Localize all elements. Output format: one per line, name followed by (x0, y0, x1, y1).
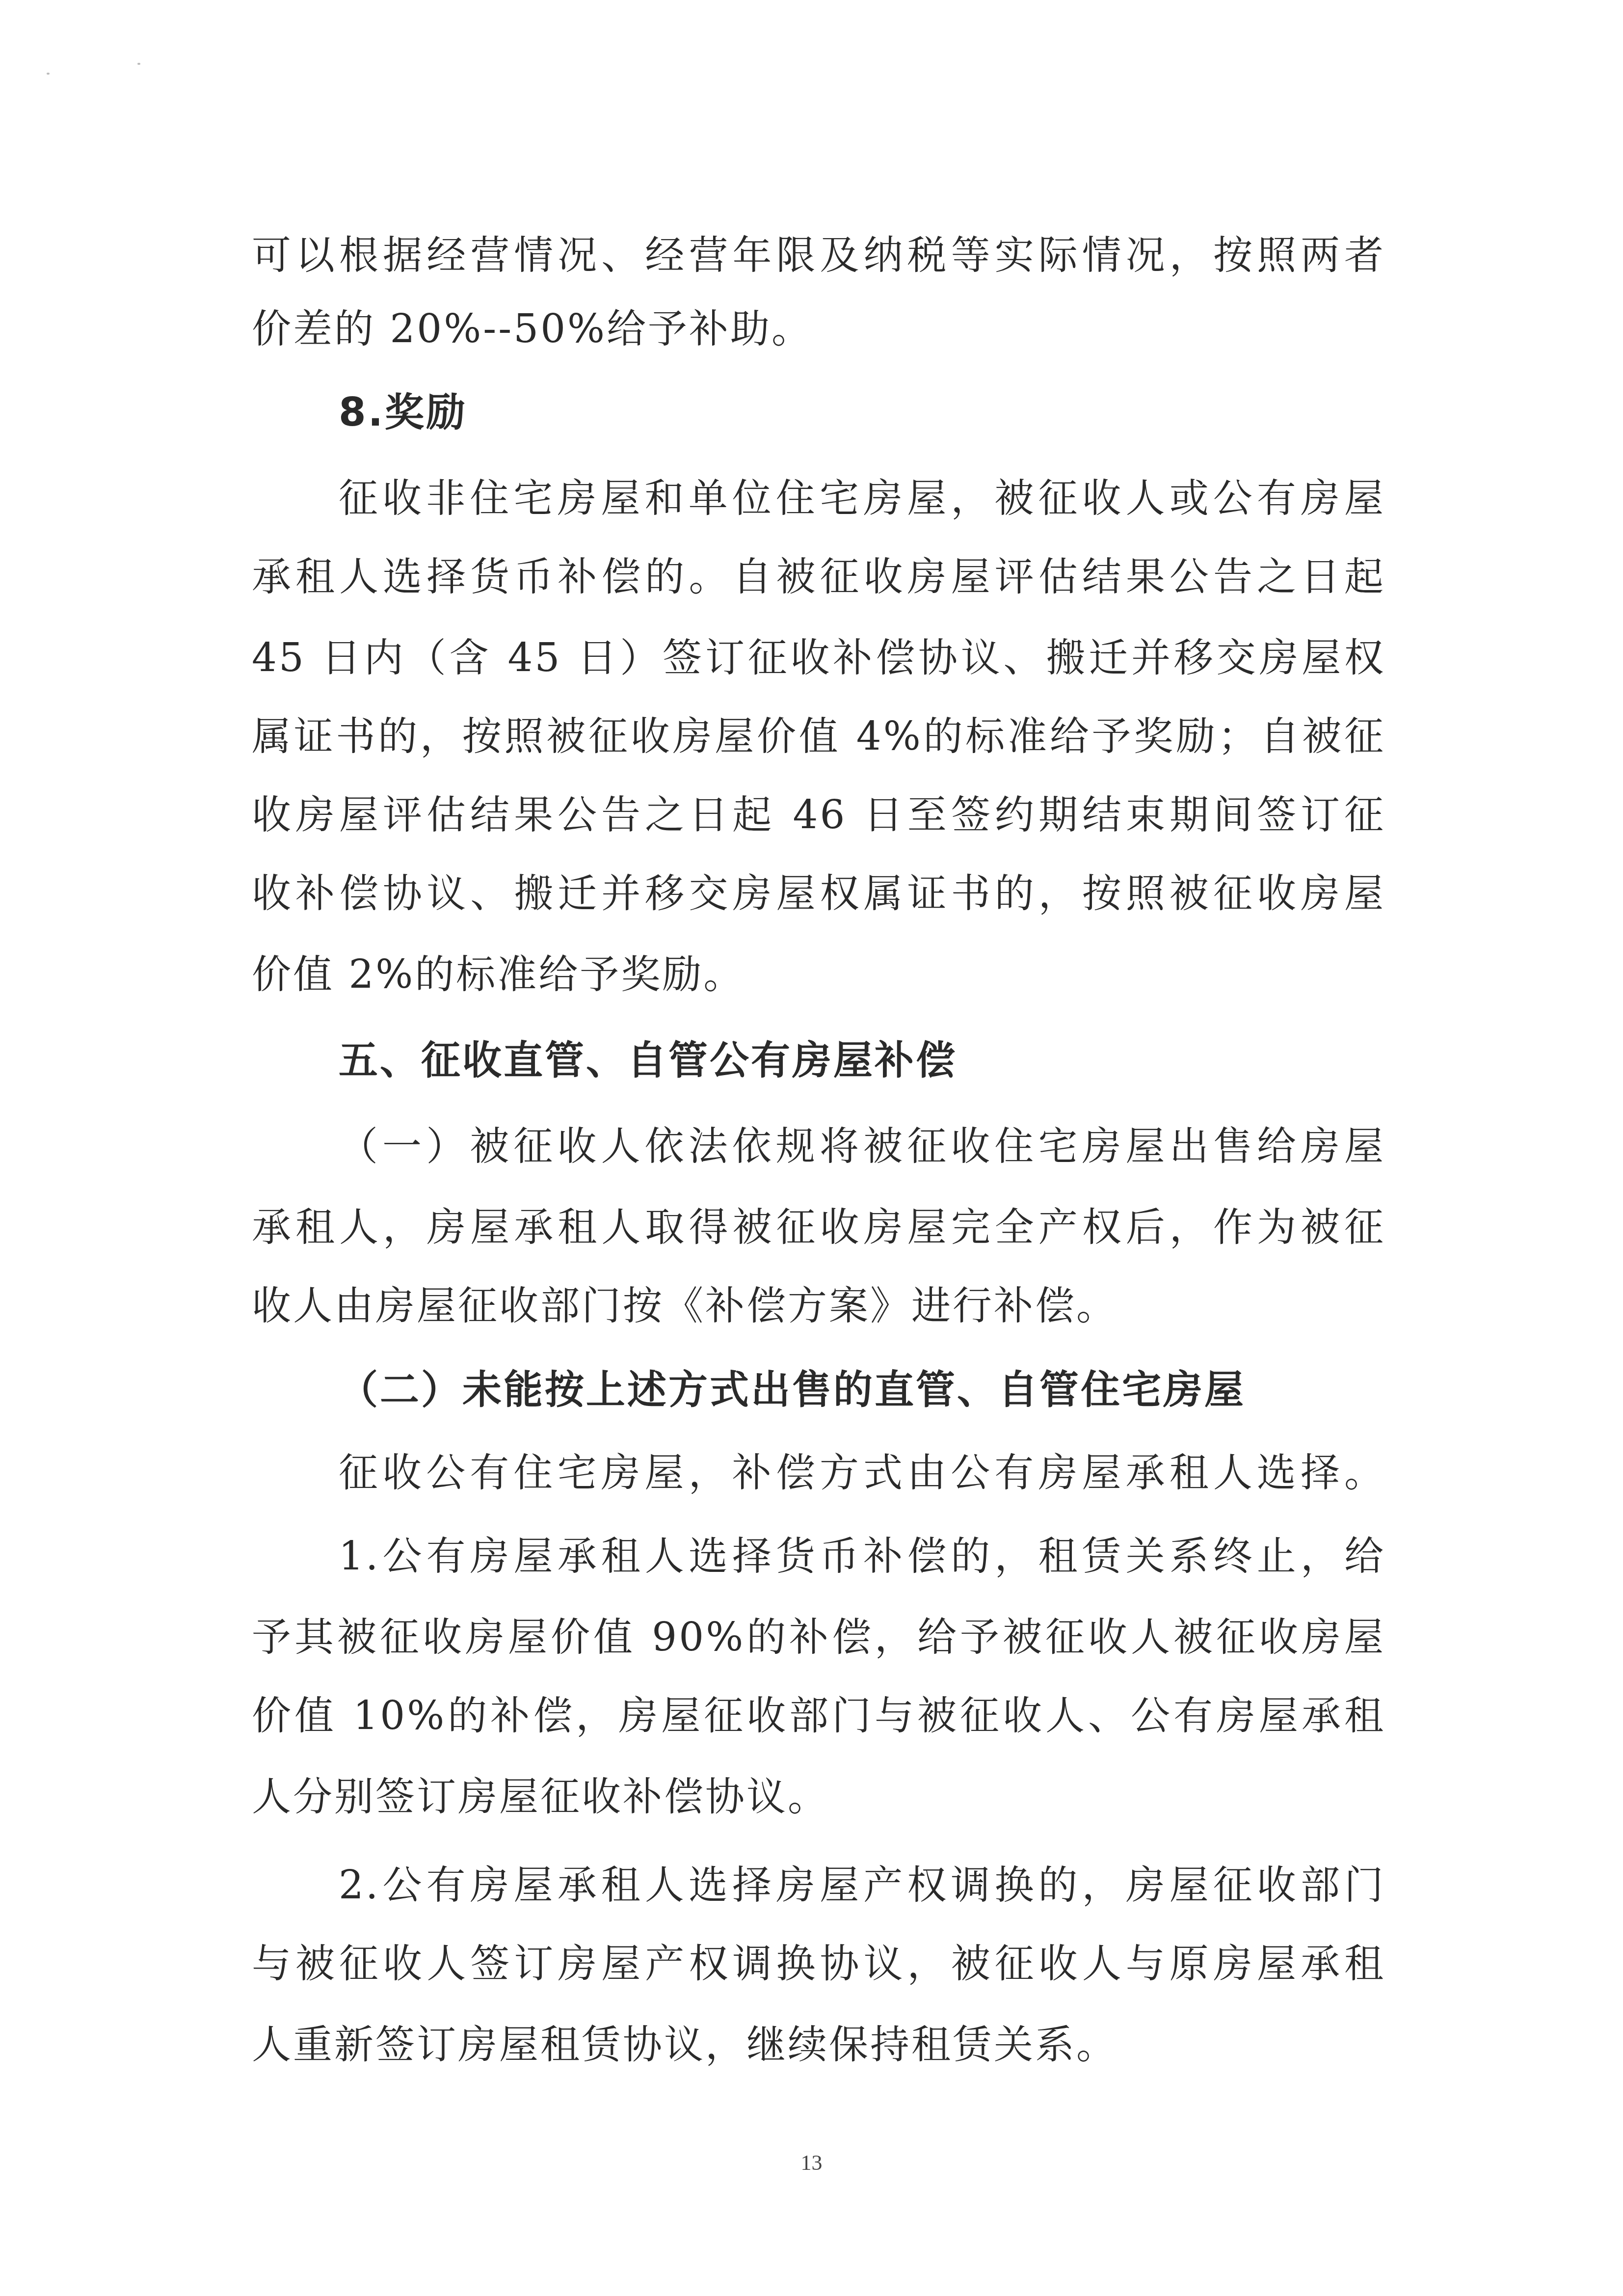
paragraph-line: 收人由房屋征收部门按《补偿方案》进行补偿。 (252, 1281, 1385, 1330)
paragraph-line: 与被征收人签订房屋产权调换协议，被征收人与原房屋承租 (252, 1939, 1385, 1988)
paragraph-line: （一）被征收人依法依规将被征收住宅房屋出售给房屋 (339, 1122, 1385, 1171)
heading-line: 8.奖励 (339, 388, 1385, 437)
subheading-line: （二）未能按上述方式出售的直管、自管住宅房屋 (339, 1365, 1385, 1414)
paragraph-line: 价值 10%的补偿，房屋征收部门与被征收人、公有房屋承租 (252, 1691, 1385, 1740)
paragraph-line: 可以根据经营情况、经营年限及纳税等实际情况，按照两者 (252, 231, 1385, 280)
scan-speck (137, 63, 140, 65)
paragraph-line: 2.公有房屋承租人选择房屋产权调换的，房屋征收部门 (339, 1861, 1385, 1910)
paragraph-line: 收补偿协议、搬迁并移交房屋权属证书的，按照被征收房屋 (252, 869, 1385, 918)
paragraph-line: 承租人选择货币补偿的。自被征收房屋评估结果公告之日起 (252, 552, 1385, 601)
scan-speck (47, 73, 50, 75)
paragraph-line: 人重新签订房屋租赁协议，继续保持租赁关系。 (252, 2020, 1385, 2069)
paragraph-line: 予其被征收房屋价值 90%的补偿，给予被征收人被征收房屋 (252, 1613, 1385, 1662)
paragraph-line: 征收非住宅房屋和单位住宅房屋，被征收人或公有房屋 (339, 474, 1385, 523)
paragraph-line: 人分别签订房屋征收补偿协议。 (252, 1772, 1385, 1821)
paragraph-line: 1.公有房屋承租人选择货币补偿的，租赁关系终止，给 (339, 1532, 1385, 1581)
paragraph-line: 承租人，房屋承租人取得被征收房屋完全产权后，作为被征 (252, 1203, 1385, 1252)
paragraph-line: 收房屋评估结果公告之日起 46 日至签约期结束期间签订征 (252, 790, 1385, 839)
paragraph-line: 价值 2%的标准给予奖励。 (252, 950, 1385, 999)
page-number: 13 (0, 2150, 1623, 2175)
paragraph-line: 属证书的，按照被征收房屋价值 4%的标准给予奖励；自被征 (252, 712, 1385, 761)
paragraph-line: 征收公有住宅房屋，补偿方式由公有房屋承租人选择。 (339, 1448, 1385, 1497)
paragraph-line: 45 日内（含 45 日）签订征收补偿协议、搬迁并移交房屋权 (252, 633, 1385, 682)
heading-line: 五、征收直管、自管公有房屋补偿 (339, 1036, 1385, 1085)
paragraph-line: 价差的 20%--50%给予补助。 (252, 304, 1385, 353)
document-page: 可以根据经营情况、经营年限及纳税等实际情况，按照两者价差的 20%--50%给予… (0, 0, 1623, 2296)
